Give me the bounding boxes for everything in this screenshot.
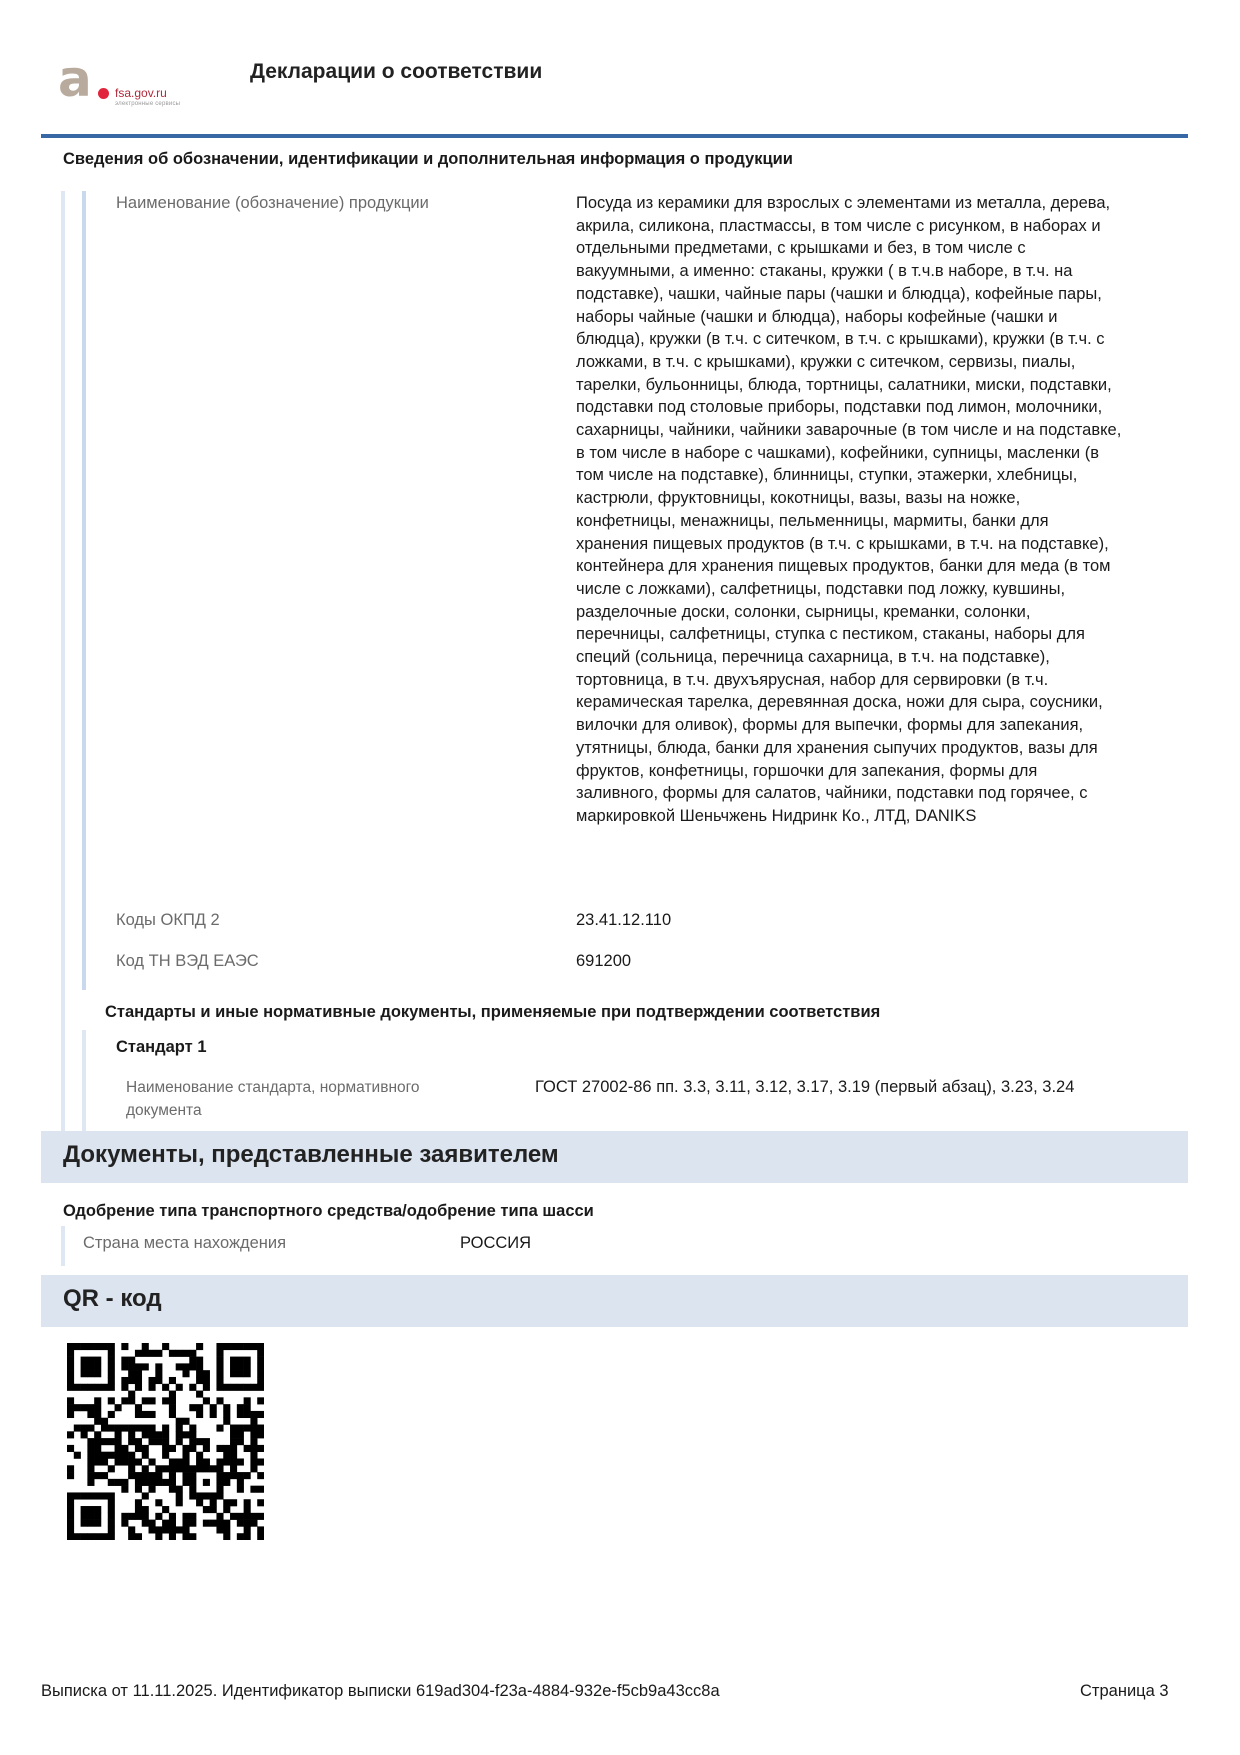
field-label-product-name: Наименование (обозначение) продукции: [116, 192, 536, 215]
standards-title: Стандарты и иные нормативные документы, …: [105, 1003, 880, 1022]
section-border: [61, 191, 65, 1138]
section-title-product-info: Сведения об обозначении, идентификации и…: [63, 150, 793, 169]
field-value-okpd2: 23.41.12.110: [576, 909, 671, 932]
fsa-logo-icon: а: [58, 58, 92, 100]
field-value-tnved: 691200: [576, 950, 631, 973]
footer-page-number: Страница 3: [1080, 1682, 1169, 1701]
subsection-border: [61, 1226, 65, 1266]
fields-border: [82, 191, 86, 990]
field-label-standard-name: Наименование стандарта, нормативного док…: [126, 1077, 466, 1122]
fsa-logo: а fsa.gov.ru электронные сервисы: [58, 58, 208, 110]
standard-1-title: Стандарт 1: [116, 1038, 207, 1057]
page-title: Декларации о соответствии: [250, 60, 542, 84]
section-title-documents: Документы, представленные заявителем: [63, 1141, 559, 1169]
logo-subtitle: электронные сервисы: [115, 101, 180, 107]
field-label-okpd2: Коды ОКПД 2: [116, 909, 220, 932]
header-divider: [41, 134, 1188, 138]
section-header-qr: QR - код: [41, 1275, 1188, 1327]
field-label-tnved: Код ТН ВЭД ЕАЭС: [116, 950, 259, 973]
subsection-title-type-approval: Одобрение типа транспортного средства/од…: [63, 1202, 594, 1221]
logo-dot-icon: [98, 88, 109, 99]
field-value-country: РОССИЯ: [460, 1234, 531, 1253]
footer-extract-info: Выписка от 11.11.2025. Идентификатор вып…: [41, 1682, 720, 1701]
field-value-standard-name: ГОСТ 27002-86 пп. 3.3, 3.11, 3.12, 3.17,…: [535, 1078, 1074, 1097]
qr-code-icon: [67, 1343, 264, 1540]
section-header-documents: Документы, представленные заявителем: [41, 1131, 1188, 1183]
standard-border: [82, 1030, 86, 1138]
section-title-qr: QR - код: [63, 1285, 162, 1313]
field-value-product-name: Посуда из керамики для взрослых с элемен…: [576, 192, 1216, 828]
field-label-country: Страна места нахождения: [83, 1234, 286, 1253]
logo-domain: fsa.gov.ru: [115, 86, 167, 100]
